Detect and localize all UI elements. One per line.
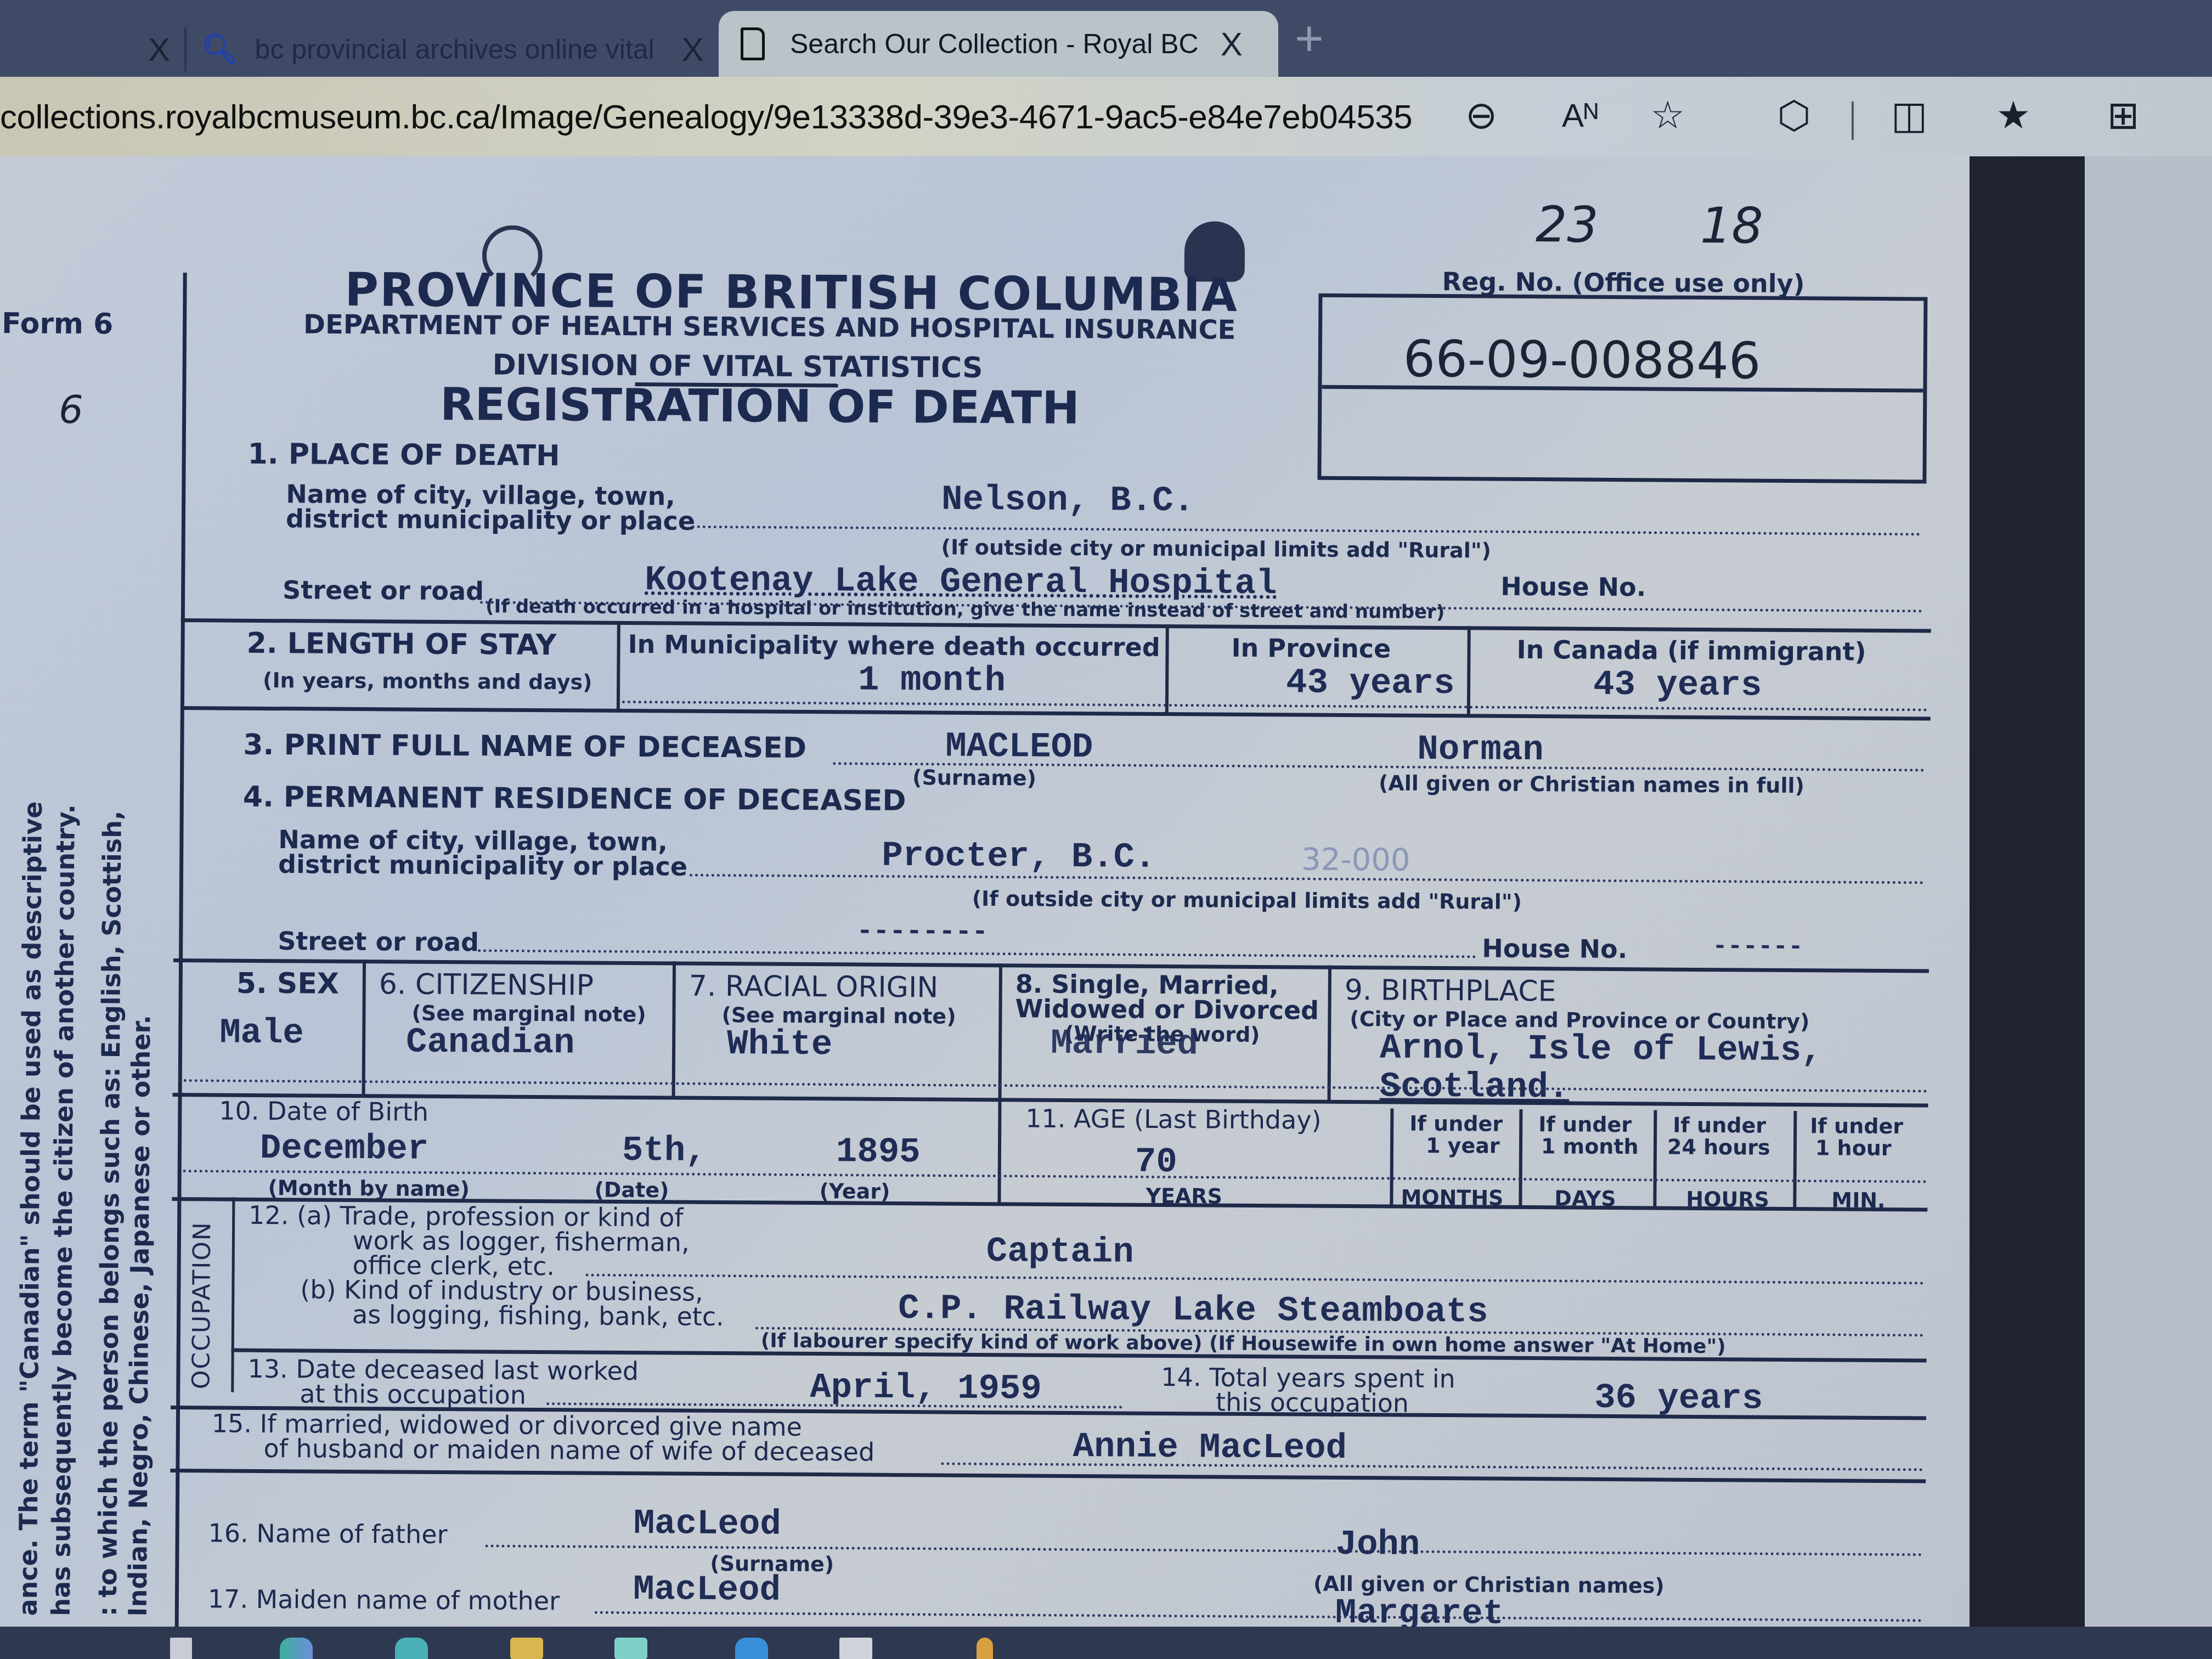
taskbar xyxy=(0,1627,2212,1659)
s2-col3-label: In Canada (if immigrant) xyxy=(1516,635,1866,667)
s4-city-label-2: district municipality or place xyxy=(278,849,687,882)
document-image: Form 6 6 23 18 PROVINCE OF BRITISH COLUM… xyxy=(0,156,1970,1627)
tab-label: Search Our Collection - Royal BC xyxy=(790,28,1199,60)
stay-province: 43 years xyxy=(1286,663,1455,704)
age-col4-bottom: 1 hour xyxy=(1815,1136,1892,1160)
margin-handwriting: 6 xyxy=(59,387,83,432)
favorites-list-icon[interactable]: ★ xyxy=(1991,93,2035,137)
dob-day: 5th, xyxy=(622,1131,707,1171)
s4-city-note: (If outside city or municipal limits add… xyxy=(972,887,1522,914)
department-heading: DEPARTMENT OF HEALTH SERVICES AND HOSPIT… xyxy=(303,309,1236,345)
s4-heading: 4. PERMANENT RESIDENCE OF DECEASED xyxy=(243,781,906,817)
deceased-surname: MACLEOD xyxy=(945,727,1093,768)
s12b-label-2: as logging, fishing, bank, etc. xyxy=(352,1300,724,1331)
toolbar-divider xyxy=(1852,101,1854,140)
tab-separator xyxy=(184,27,187,71)
residence-city: Procter, B.C. xyxy=(882,837,1156,878)
racial-origin-value: White xyxy=(727,1025,832,1065)
rule xyxy=(1467,626,1471,716)
edge-icon[interactable] xyxy=(395,1638,428,1659)
age-col3-bottom: 24 hours xyxy=(1667,1135,1770,1160)
occupation-trade: Captain xyxy=(986,1232,1134,1273)
reg-no-value: 66-09-008846 xyxy=(1403,330,1760,391)
window-background xyxy=(2085,156,2212,1659)
s8-heading-2: Widowed or Divorced xyxy=(1015,994,1319,1025)
s6-heading: 6. CITIZENSHIP xyxy=(379,968,594,1002)
marginal-note-line-3: : to which the person belongs such as: E… xyxy=(93,810,127,1616)
close-tab-icon[interactable]: X xyxy=(1221,25,1243,63)
mother-given-name: Margaret xyxy=(1335,1594,1504,1627)
age-col2-top: If under xyxy=(1538,1112,1632,1137)
dob-day-label: (Date) xyxy=(594,1178,669,1203)
collections-icon[interactable]: ⊞ xyxy=(2101,93,2145,137)
s4-street-label: Street or road xyxy=(278,926,479,957)
file-explorer-icon[interactable] xyxy=(510,1638,543,1659)
s3-heading: 3. PRINT FULL NAME OF DECEASED xyxy=(243,729,806,765)
s2-heading: 2. LENGTH OF STAY xyxy=(246,627,556,662)
form-left-border xyxy=(175,273,187,1627)
s3-given-label: (All given or Christian names in full) xyxy=(1379,771,1804,798)
screen: X 🔍︎ bc provincial archives online vital… xyxy=(0,0,2212,1659)
app-icon-2[interactable] xyxy=(839,1638,872,1659)
s15-label-2: of husband or maiden name of wife of dec… xyxy=(263,1434,874,1467)
form-title: REGISTRATION OF DEATH xyxy=(440,379,1080,435)
app-icon[interactable] xyxy=(735,1638,768,1659)
residence-house-no: ------ xyxy=(1712,932,1803,961)
s2-sub: (In years, months and days) xyxy=(263,668,592,695)
address-bar: collections.royalbcmuseum.bc.ca/Image/Ge… xyxy=(0,77,2212,156)
handwritten-number-left: 23 xyxy=(1536,196,1599,254)
url-field[interactable]: collections.royalbcmuseum.bc.ca/Image/Ge… xyxy=(0,98,1412,137)
age-col1-top: If under xyxy=(1409,1111,1503,1136)
s13-label-2: at this occupation xyxy=(300,1379,526,1410)
split-screen-icon[interactable]: ◫ xyxy=(1887,93,1931,137)
s2-col2-label: In Province xyxy=(1231,633,1391,664)
dob-month: December xyxy=(260,1129,429,1170)
s1-heading: 1. PLACE OF DEATH xyxy=(248,438,560,472)
rule xyxy=(170,1469,1926,1483)
s1-street-label: Street or road xyxy=(283,575,484,606)
sex-value: Male xyxy=(219,1013,304,1053)
s4-house-label: House No. xyxy=(1482,934,1627,964)
spouse-name: Annie MacLeod xyxy=(1073,1427,1347,1469)
faint-stamp: 32-000 xyxy=(1301,842,1410,878)
age-col4-top: If under xyxy=(1810,1114,1903,1138)
s1-street-note: (If death occurred in a hospital or inst… xyxy=(486,595,1445,623)
rule xyxy=(1519,1109,1522,1208)
reg-no-label: Reg. No. (Office use only) xyxy=(1442,267,1804,298)
dob-month-label: (Month by name) xyxy=(268,1176,470,1201)
task-view-icon[interactable] xyxy=(170,1638,192,1659)
stay-municipality: 1 month xyxy=(858,661,1006,702)
search-icon: 🔍︎ xyxy=(201,32,239,67)
s9-heading: 9. BIRTHPLACE xyxy=(1345,974,1556,1008)
app-icon-3[interactable] xyxy=(977,1638,993,1659)
occupation-industry: C.P. Railway Lake Steamboats xyxy=(898,1289,1488,1333)
edge-browser-icon[interactable] xyxy=(280,1638,313,1659)
deceased-given-name: Norman xyxy=(1417,730,1544,770)
extensions-icon[interactable]: ⬡ xyxy=(1772,93,1816,137)
s5-heading: 5. SEX xyxy=(236,967,339,1001)
rule xyxy=(617,621,620,712)
citizenship-value: Canadian xyxy=(406,1023,575,1064)
stay-canada: 43 years xyxy=(1593,665,1762,706)
tab-label: bc provincial archives online vital xyxy=(255,33,654,65)
s10-heading: 10. Date of Birth xyxy=(219,1096,428,1126)
s7-heading: 7. RACIAL ORIGIN xyxy=(689,970,939,1005)
zoom-out-icon[interactable]: ⊖ xyxy=(1459,93,1503,137)
screen-bezel-shadow xyxy=(1970,156,2085,1659)
rule xyxy=(997,1098,1001,1205)
s1-city-note: (If outside city or municipal limits add… xyxy=(941,535,1492,562)
marital-status-value: Married xyxy=(1051,1024,1198,1065)
mother-surname: MacLeod xyxy=(633,1570,781,1611)
years-in-occupation: 36 years xyxy=(1594,1379,1763,1419)
dob-year: 1895 xyxy=(836,1132,921,1172)
close-tab-icon[interactable]: X xyxy=(682,31,704,69)
age-col1-bottom: 1 year xyxy=(1426,1133,1500,1158)
rule xyxy=(1165,624,1169,715)
s11-heading: 11. AGE (Last Birthday) xyxy=(1025,1103,1321,1135)
s16-label: 16. Name of father xyxy=(208,1518,448,1549)
dob-year-label: (Year) xyxy=(819,1179,890,1204)
s17-label: 17. Maiden name of mother xyxy=(208,1584,560,1616)
store-icon[interactable] xyxy=(614,1638,647,1659)
marginal-note-line-1: ance. The term "Canadian" should be used… xyxy=(13,801,48,1616)
s3-surname-label: (Surname) xyxy=(912,765,1036,790)
rule xyxy=(1653,1110,1657,1209)
new-tab-button[interactable]: + xyxy=(1295,11,1324,67)
age-col2-bottom: 1 month xyxy=(1541,1134,1639,1159)
read-aloud-icon[interactable]: Aᴺ xyxy=(1558,93,1602,137)
page-icon xyxy=(741,27,765,60)
s1-city-label-2: district municipality or place xyxy=(286,504,695,536)
father-given-name: John xyxy=(1335,1525,1420,1565)
rule xyxy=(362,960,366,1097)
handwritten-number-right: 18 xyxy=(1700,197,1763,255)
marginal-note-line-4: Indian, Negro, Chinese, Japanese or othe… xyxy=(123,1015,156,1617)
age-years-value: 70 xyxy=(1135,1143,1177,1182)
favorite-star-icon[interactable]: ☆ xyxy=(1646,93,1690,137)
tab-search[interactable]: X 🔍︎ bc provincial archives online vital… xyxy=(132,27,713,71)
s1-house-label: House No. xyxy=(1500,572,1646,602)
age-col3-top: If under xyxy=(1673,1113,1766,1138)
close-prev-tab-icon[interactable]: X xyxy=(148,31,170,69)
s2-col1-label: In Municipality where death occurred xyxy=(628,629,1160,662)
father-surname: MacLeod xyxy=(634,1504,781,1545)
birthplace-line-1: Arnol, Isle of Lewis, xyxy=(1380,1029,1822,1071)
rule xyxy=(1390,1109,1393,1207)
rule xyxy=(672,962,676,1099)
residence-street: -------- xyxy=(856,916,988,948)
marginal-note-line-2: has subsequently become the citizen of a… xyxy=(46,804,81,1616)
tab-royal-bc[interactable]: Search Our Collection - Royal BC X xyxy=(719,11,1278,77)
place-of-death-city: Nelson, B.C. xyxy=(941,480,1194,521)
rule xyxy=(1793,1111,1797,1210)
rule xyxy=(998,963,1003,1101)
occupation-side-label: OCCUPATION xyxy=(187,1221,216,1389)
form-number: Form 6 xyxy=(2,307,114,341)
rule xyxy=(1328,966,1332,1103)
rule xyxy=(231,1198,235,1392)
date-last-worked: April, 1959 xyxy=(810,1368,1042,1409)
tab-bar: X 🔍︎ bc provincial archives online vital… xyxy=(0,0,2212,77)
